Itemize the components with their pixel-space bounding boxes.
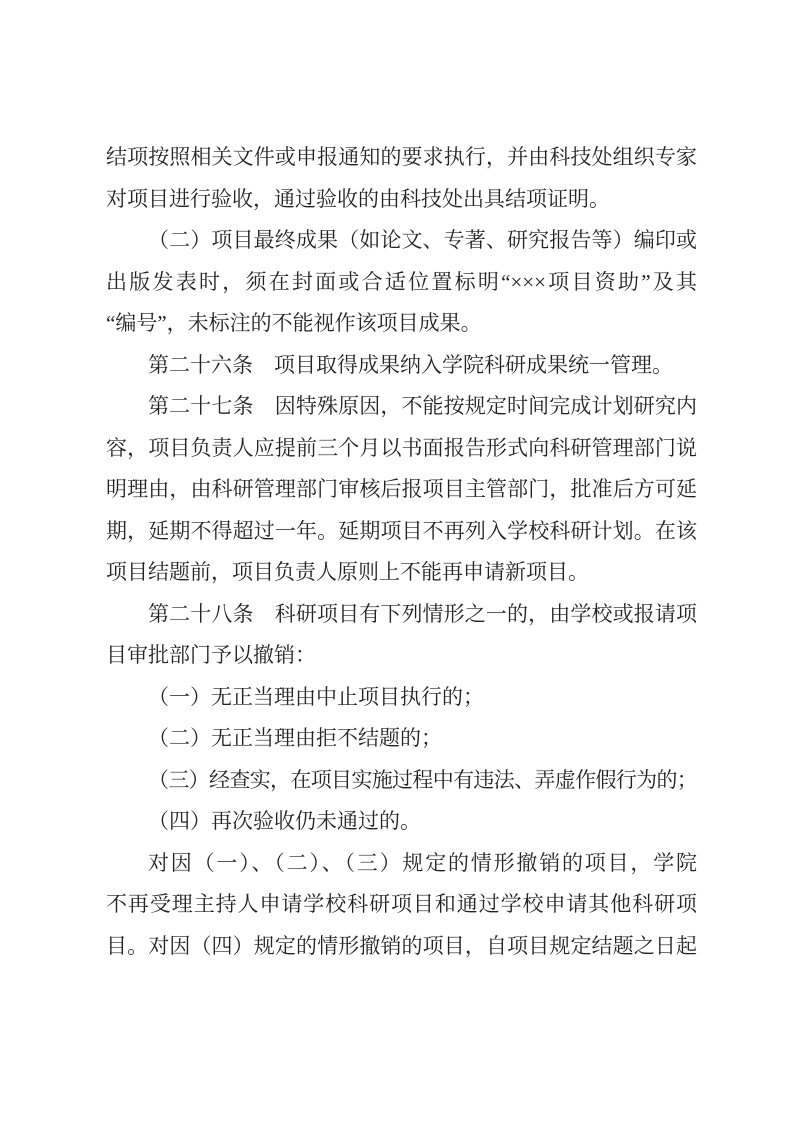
document-line: 目。对因（四）规定的情形撤销的项目，自项目规定结题之日起 [106,926,697,968]
document-line: 对项目进行验收，通过验收的由科技处出具结项证明。 [106,179,697,221]
document-line: 出版发表时，须在封面或合适位置标明“×××项目资助”及其 [106,262,697,304]
document-line: （二）项目最终成果（如论文、专著、研究报告等）编印或 [106,220,697,262]
document-text-block: 结项按照相关文件或申报通知的要求执行，并由科技处组织专家对项目进行验收，通过验收… [106,137,697,967]
document-line: 对因（一）、（二）、（三）规定的情形撤销的项目，学院 [106,843,697,885]
document-line: 第二十六条 项目取得成果纳入学院科研成果统一管理。 [106,345,697,387]
document-line: （三）经查实，在项目实施过程中有违法、弄虚作假行为的； [106,760,697,802]
document-line: 结项按照相关文件或申报通知的要求执行，并由科技处组织专家 [106,137,697,179]
document-line: 容，项目负责人应提前三个月以书面报告形式向科研管理部门说 [106,428,697,470]
document-line: 项目结题前，项目负责人原则上不能再申请新项目。 [106,552,697,594]
document-line: “编号”，未标注的不能视作该项目成果。 [106,303,697,345]
document-line: 不再受理主持人申请学校科研项目和通过学校申请其他科研项 [106,884,697,926]
document-line: （四）再次验收仍未通过的。 [106,801,697,843]
document-line: （二）无正当理由拒不结题的； [106,718,697,760]
document-page: 结项按照相关文件或申报通知的要求执行，并由科技处组织专家对项目进行验收，通过验收… [0,0,793,1122]
document-line: 明理由，由科研管理部门审核后报项目主管部门，批准后方可延 [106,469,697,511]
document-line: 第二十七条 因特殊原因，不能按规定时间完成计划研究内 [106,386,697,428]
document-line: 第二十八条 科研项目有下列情形之一的，由学校或报请项 [106,594,697,636]
document-line: （一）无正当理由中止项目执行的； [106,677,697,719]
document-line: 目审批部门予以撤销： [106,635,697,677]
document-line: 期，延期不得超过一年。延期项目不再列入学校科研计划。在该 [106,511,697,553]
